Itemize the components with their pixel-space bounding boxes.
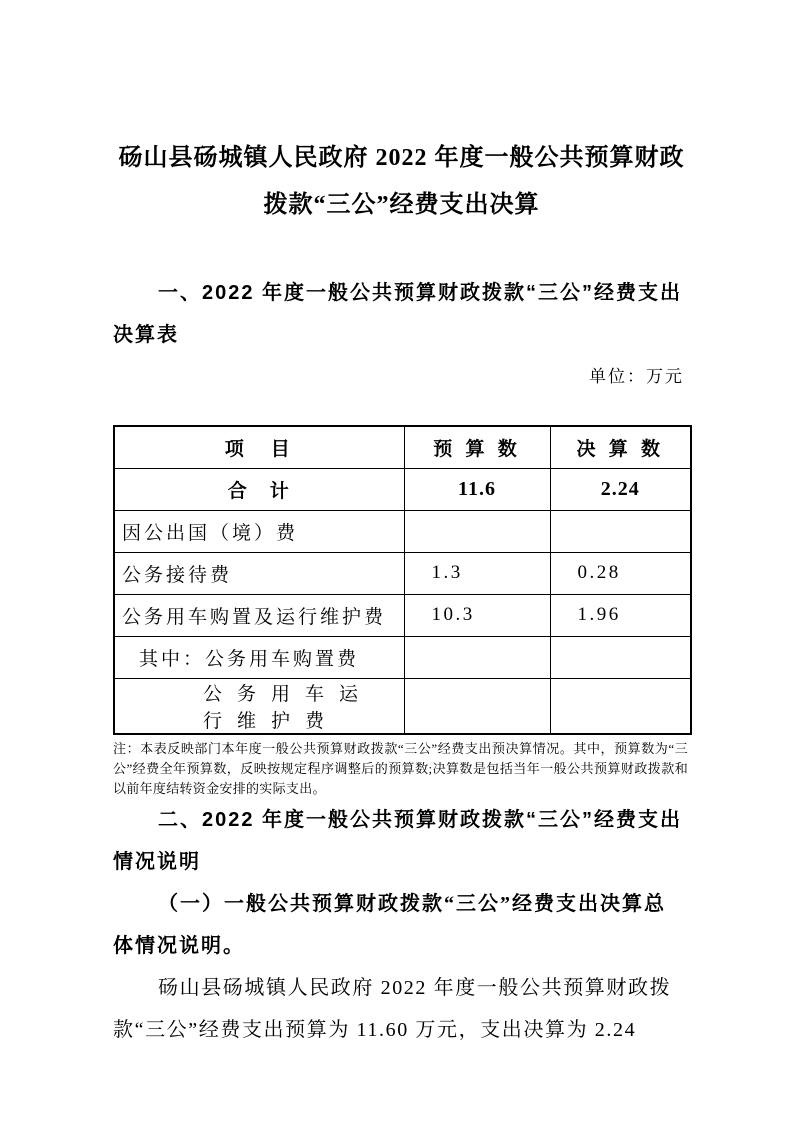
cell-budget: [404, 510, 550, 552]
section1-heading: 一、2022 年度一般公共预算财政拨款“三公”经费支出 决算表: [113, 272, 690, 356]
table-header-row: 项 目 预 算 数 决 算 数: [114, 426, 691, 468]
subsection1-heading-line1: （一）一般公共预算财政拨款“三公”经费支出决算总: [113, 883, 690, 925]
section1-heading-line2: 决算表: [113, 314, 690, 356]
table-row: 公务用车购置及运行维护费10.31.96: [114, 594, 691, 636]
table-row: 公务接待费1.30.28: [114, 552, 691, 594]
budget-table: 项 目 预 算 数 决 算 数 合 计11.62.24因公出国（境）费公务接待费…: [113, 425, 692, 735]
unit-label: 单位：万元: [113, 356, 690, 398]
subsection1-heading-line2: 体情况说明。: [113, 925, 690, 967]
section2-heading-line2: 情况说明: [113, 841, 690, 883]
section1-heading-line1: 一、2022 年度一般公共预算财政拨款“三公”经费支出: [113, 272, 690, 314]
cell-budget: 1.3: [404, 552, 550, 594]
document-title: 砀山县砀城镇人民政府 2022 年度一般公共预算财政 拨款“三公”经费支出决算: [113, 135, 690, 229]
body-paragraph: 砀山县砀城镇人民政府 2022 年度一般公共预算财政拨 款“三公”经费支出预算为…: [113, 967, 690, 1051]
body-paragraph-line2: 款“三公”经费支出预算为 11.60 万元，支出决算为 2.24: [113, 1009, 690, 1051]
cell-item: 其中：公务用车购置费: [114, 636, 404, 678]
section2-heading: 二、2022 年度一般公共预算财政拨款“三公”经费支出 情况说明: [113, 799, 690, 883]
cell-item: 公务接待费: [114, 552, 404, 594]
cell-budget: 11.6: [404, 468, 550, 510]
subsection1-heading: （一）一般公共预算财政拨款“三公”经费支出决算总 体情况说明。: [113, 883, 690, 967]
cell-item: 因公出国（境）费: [114, 510, 404, 552]
document-title-line2: 拨款“三公”经费支出决算: [113, 182, 690, 229]
cell-item: 公务用车运行维护费: [114, 678, 404, 734]
cell-final: 1.96: [550, 594, 691, 636]
cell-budget: [404, 678, 550, 734]
table-row: 公务用车运行维护费: [114, 678, 691, 734]
cell-final: [550, 636, 691, 678]
cell-item: 合 计: [114, 468, 404, 510]
cell-budget: 10.3: [404, 594, 550, 636]
header-item: 项 目: [114, 426, 404, 468]
cell-final: 2.24: [550, 468, 691, 510]
cell-final: 0.28: [550, 552, 691, 594]
header-budget: 预 算 数: [404, 426, 550, 468]
document-page: 砀山县砀城镇人民政府 2022 年度一般公共预算财政 拨款“三公”经费支出决算 …: [0, 0, 793, 1122]
document-title-line1: 砀山县砀城镇人民政府 2022 年度一般公共预算财政: [113, 135, 690, 182]
section2-heading-line1: 二、2022 年度一般公共预算财政拨款“三公”经费支出: [113, 799, 690, 841]
cell-item: 公务用车购置及运行维护费: [114, 594, 404, 636]
cell-budget: [404, 636, 550, 678]
header-final: 决 算 数: [550, 426, 691, 468]
body-paragraph-line1: 砀山县砀城镇人民政府 2022 年度一般公共预算财政拨: [113, 967, 690, 1009]
budget-table-body: 合 计11.62.24因公出国（境）费公务接待费1.30.28公务用车购置及运行…: [114, 468, 691, 734]
table-row: 合 计11.62.24: [114, 468, 691, 510]
table-row: 因公出国（境）费: [114, 510, 691, 552]
table-note: 注：本表反映部门本年度一般公共预算财政拨款“三公”经费支出预决算情况。其中，预算…: [113, 739, 688, 799]
cell-final: [550, 678, 691, 734]
table-row: 其中：公务用车购置费: [114, 636, 691, 678]
cell-final: [550, 510, 691, 552]
page-content: 砀山县砀城镇人民政府 2022 年度一般公共预算财政 拨款“三公”经费支出决算 …: [0, 0, 793, 1051]
